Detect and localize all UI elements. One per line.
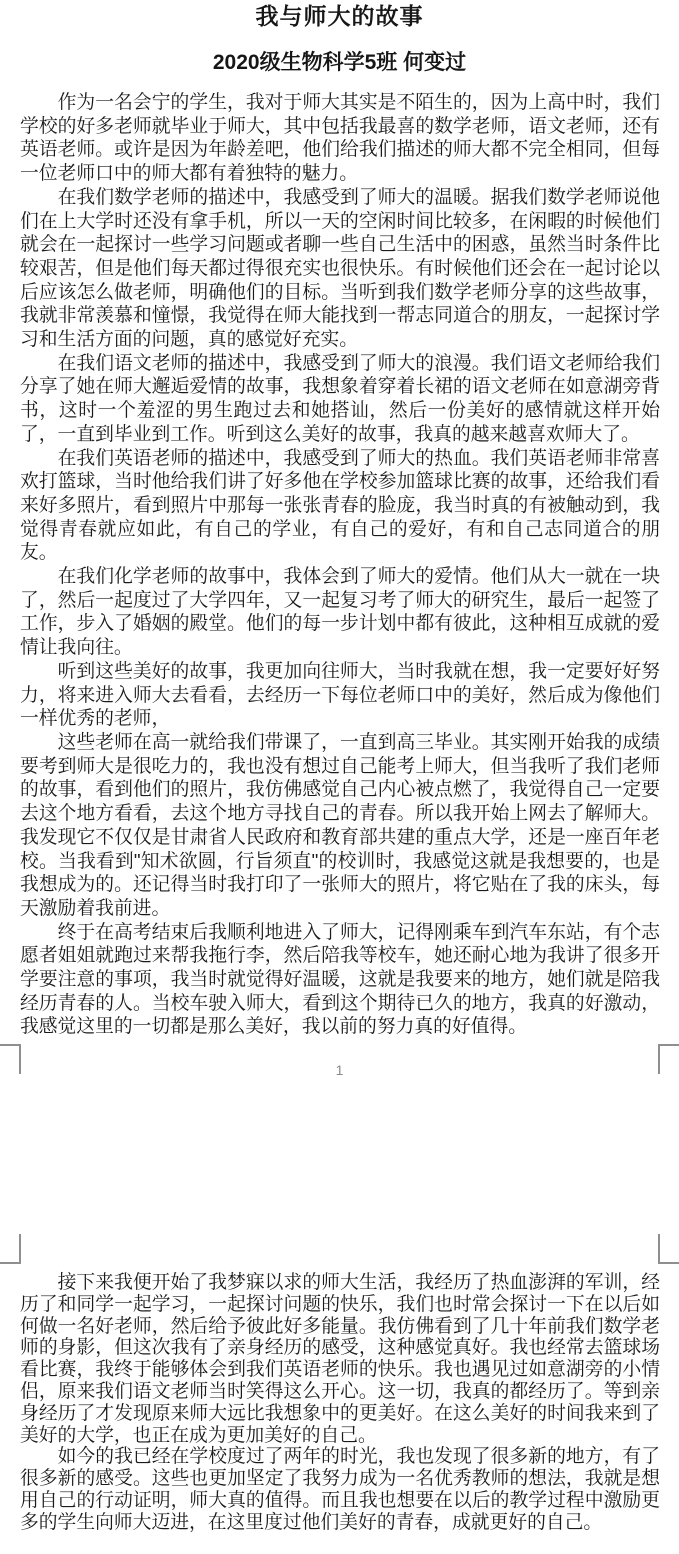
paragraph: 在我们化学老师的故事中，我体会到了师大的爱情。他们从大一就在一块了，然后一起度过… <box>20 564 660 659</box>
page-1-body: 作为一名会宁的学生，我对于师大其实是不陌生的，因为上高中时，我们学校的好多老师就… <box>20 90 660 1038</box>
paragraph: 终于在高考结束后我顺利地进入了师大，记得刚乘车到汽车东站，有个志愿者姐姐就跑过来… <box>20 920 660 1039</box>
paragraph: 这些老师在高一就给我们带课了，一直到高三毕业。其实刚开始我的成绩要考到师大是很吃… <box>20 730 660 920</box>
paragraph: 在我们数学老师的描述中，我感受到了师大的温暖。据我们数学老师说他们在上大学时还没… <box>20 185 660 351</box>
paragraph: 接下来我便开始了我梦寐以求的师大生活，我经历了热血澎湃的军训，经历了和同学一起学… <box>20 1271 660 1445</box>
page-2-top-right-margin-mark <box>658 1234 679 1264</box>
paragraph: 在我们英语老师的描述中，我感受到了师大的热血。我们英语老师非常喜欢打篮球，当时他… <box>20 446 660 565</box>
document-byline: 2020级生物科学5班 何变过 <box>0 51 679 75</box>
paragraph: 听到这些美好的故事，我更加向往师大，当时我就在想，我一定要好好努力，将来进入师大… <box>20 659 660 730</box>
page-2-top-left-margin-mark <box>0 1234 21 1264</box>
paragraph: 作为一名会宁的学生，我对于师大其实是不陌生的，因为上高中时，我们学校的好多老师就… <box>20 90 660 185</box>
page-number: 1 <box>0 1062 679 1078</box>
document-title: 我与师大的故事 <box>0 3 679 30</box>
paragraph: 在我们语文老师的描述中，我感受到了师大的浪漫。我们语文老师给我们分享了她在师大邂… <box>20 351 660 446</box>
paragraph: 如今的我已经在学校度过了两年的时光，我也发现了很多新的地方，有了很多新的感受。这… <box>20 1445 660 1532</box>
document-header: 我与师大的故事 2020级生物科学5班 何变过 <box>0 3 679 75</box>
page-2-body: 接下来我便开始了我梦寐以求的师大生活，我经历了热血澎湃的军训，经历了和同学一起学… <box>20 1271 660 1533</box>
